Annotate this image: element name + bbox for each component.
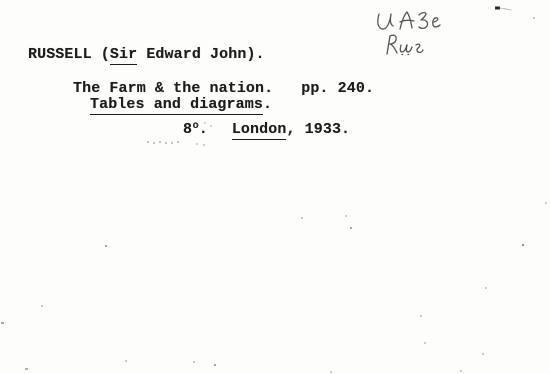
collation-line: Tables and diagrams. xyxy=(90,96,272,113)
paper-speck xyxy=(1,322,4,324)
paper-speck xyxy=(460,370,462,372)
paper-speck xyxy=(105,245,107,247)
erasure-dot xyxy=(159,141,161,143)
paper-speck xyxy=(350,227,352,229)
collation-period: . xyxy=(263,96,272,113)
paper-speck xyxy=(424,342,426,344)
catalog-card: RUSSELL (Sir Edward John). The Farm & th… xyxy=(0,0,550,374)
title-text: The Farm & the nation. xyxy=(73,80,273,97)
paper-speck xyxy=(420,315,422,317)
title-line: The Farm & the nation.pp. 240. xyxy=(73,80,374,97)
format-period: . xyxy=(199,121,208,138)
erasure-dot xyxy=(147,141,149,143)
erasure-dot xyxy=(204,122,206,124)
erasure-dot xyxy=(196,143,198,145)
handwritten-shelfmark-class xyxy=(374,8,446,36)
erasure-dot xyxy=(210,125,212,127)
paper-speck xyxy=(545,202,547,204)
author-heading-post: Edward John). xyxy=(137,46,264,63)
paper-speck xyxy=(330,371,332,373)
paper-speck xyxy=(214,364,216,366)
format-superscript: o xyxy=(193,121,199,132)
paper-speck xyxy=(301,217,303,219)
pagination-text: pp. 240. xyxy=(301,80,374,97)
imprint-place-underlined: London xyxy=(232,121,287,140)
imprint-date: , 1933. xyxy=(286,121,350,138)
author-heading-pre: RUSSELL ( xyxy=(28,46,110,63)
author-heading: RUSSELL (Sir Edward John). xyxy=(28,46,265,63)
paper-speck xyxy=(482,353,484,355)
imprint-line: 8o.London, 1933. xyxy=(183,121,350,138)
format-number: 8 xyxy=(183,121,192,138)
paper-speck xyxy=(485,287,487,289)
author-honorific-underlined: Sir xyxy=(110,46,137,65)
erasure-dot xyxy=(177,141,179,143)
collation-note-underlined: Tables and diagrams xyxy=(90,96,263,115)
erasure-dot xyxy=(203,144,205,146)
erasure-dot xyxy=(153,142,155,144)
paper-speck xyxy=(533,17,535,19)
paper-speck xyxy=(125,360,127,362)
erasure-dot xyxy=(197,124,199,126)
paper-speck xyxy=(25,368,28,370)
paper-speck xyxy=(41,305,43,307)
erasure-dot xyxy=(171,142,173,144)
handwritten-shelfmark-author xyxy=(382,33,430,57)
paper-speck xyxy=(345,215,347,217)
stray-ink-mark xyxy=(494,5,512,14)
paper-speck xyxy=(193,361,195,363)
paper-speck xyxy=(522,244,524,246)
erasure-dot xyxy=(165,142,167,144)
